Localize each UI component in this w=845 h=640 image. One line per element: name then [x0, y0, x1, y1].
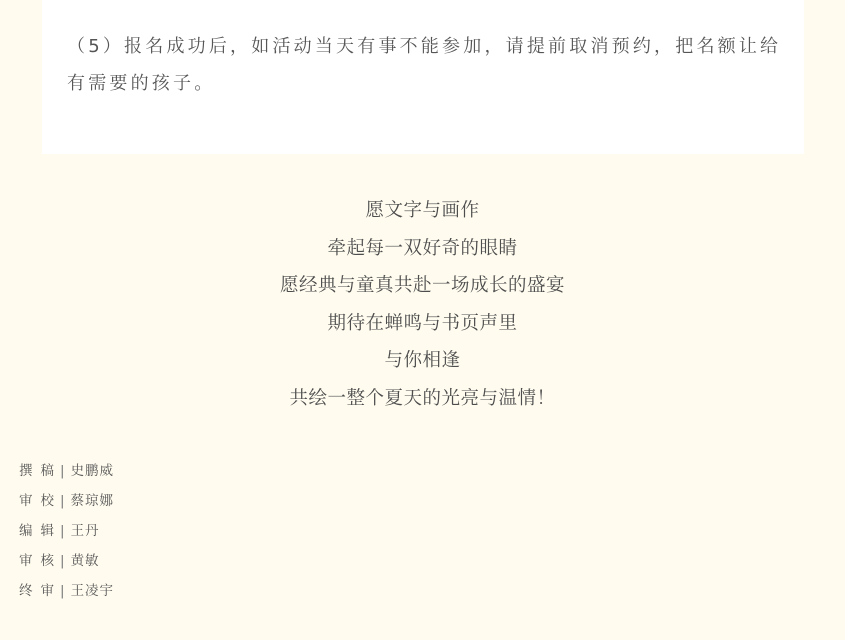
credit-separator: |: [60, 463, 65, 479]
credit-separator: |: [60, 583, 65, 599]
credit-writer: 撰稿|史鹏威: [19, 456, 114, 486]
credit-name: 黄敏: [71, 553, 100, 569]
poem-line: 共绘一整个夏天的光亮与温情！: [0, 380, 845, 418]
credit-separator: |: [60, 553, 65, 569]
credit-role: 审核: [19, 553, 62, 569]
credit-proofreader: 审校|蔡琼娜: [19, 486, 114, 516]
poem-line: 愿经典与童真共赴一场成长的盛宴: [0, 267, 845, 305]
credits-list: 撰稿|史鹏威 审校|蔡琼娜 编辑|王丹 审核|黄敏 终审|王凌宇: [19, 456, 114, 606]
credit-separator: |: [60, 493, 65, 509]
credit-name: 王丹: [71, 523, 100, 539]
credit-name: 史鹏威: [71, 463, 115, 479]
credit-reviewer: 审核|黄敏: [19, 546, 114, 576]
credit-separator: |: [60, 523, 65, 539]
poem-line: 牵起每一双好奇的眼睛: [0, 230, 845, 268]
credit-name: 王凌宇: [71, 583, 115, 599]
poem-line: 愿文字与画作: [0, 192, 845, 230]
credit-role: 审校: [19, 493, 62, 509]
credit-editor: 编辑|王丹: [19, 516, 114, 546]
credit-role: 终审: [19, 583, 62, 599]
credit-role: 撰稿: [19, 463, 62, 479]
closing-poem: 愿文字与画作 牵起每一双好奇的眼睛 愿经典与童真共赴一场成长的盛宴 期待在蝉鸣与…: [0, 192, 845, 417]
credit-name: 蔡琼娜: [71, 493, 115, 509]
credit-role: 编辑: [19, 523, 62, 539]
poem-line: 期待在蝉鸣与书页声里: [0, 305, 845, 343]
credit-final-reviewer: 终审|王凌宇: [19, 576, 114, 606]
poem-line: 与你相逢: [0, 342, 845, 380]
notice-text: （5）报名成功后，如活动当天有事不能参加，请提前取消预约，把名额让给有需要的孩子…: [67, 28, 787, 102]
notice-card: （5）报名成功后，如活动当天有事不能参加，请提前取消预约，把名额让给有需要的孩子…: [42, 0, 804, 154]
